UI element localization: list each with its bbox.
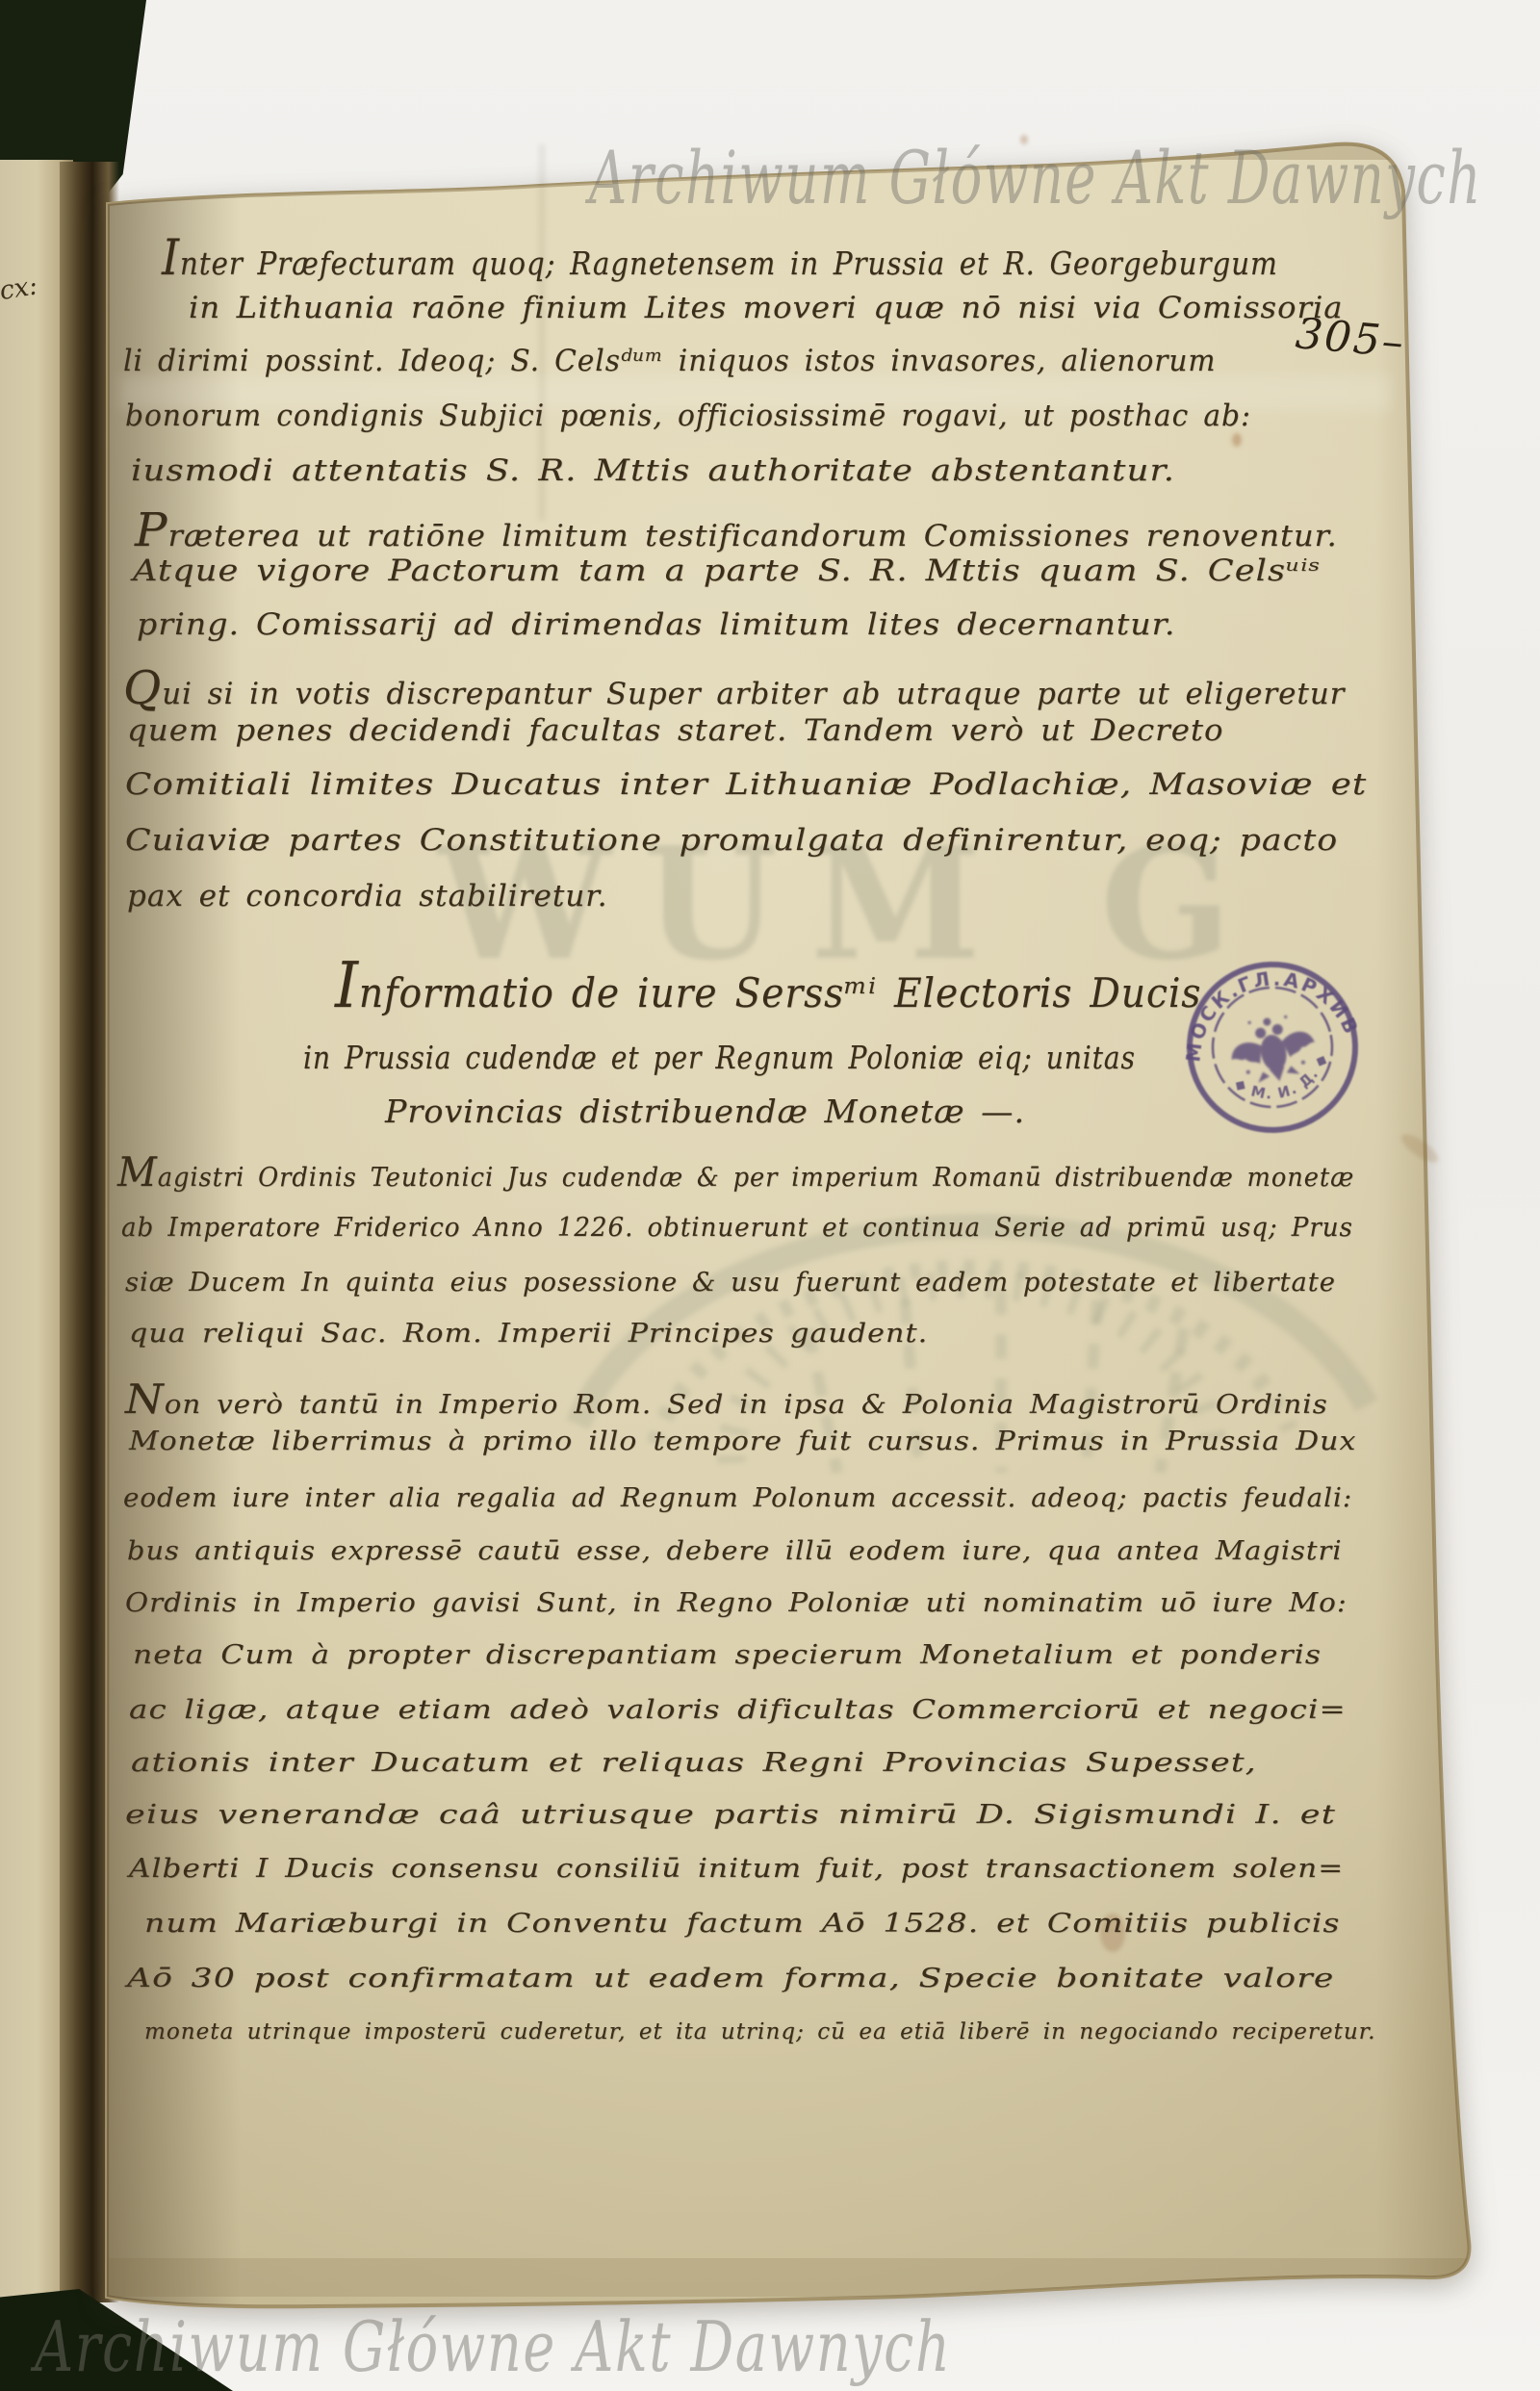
- manuscript-line: iusmodi attentatis S. R. Mttis authorita…: [131, 454, 1175, 489]
- manuscript-line: eius venerandæ caâ utriusque partis nimi…: [125, 1800, 1336, 1830]
- manuscript-line: pring. Comissarij ad dirimendas limitum …: [137, 608, 1176, 643]
- manuscript-line: Præterea ut ratiōne limitum testificando…: [135, 504, 1338, 557]
- manuscript-line: bus antiquis expressē cautū esse, debere…: [127, 1536, 1343, 1566]
- manuscript-line: Alberti I Ducis consensu consiliū initum…: [129, 1854, 1344, 1884]
- manuscript-line: Cuiaviæ partes Constitutione promulgata …: [125, 824, 1338, 859]
- manuscript-line: eodem iure inter alia regalia ad Regnum …: [123, 1483, 1352, 1513]
- manuscript-line: siæ Ducem In quinta eius posessione & us…: [125, 1268, 1336, 1298]
- manuscript-line: Inter Præfecturam quoq; Ragnetensem in P…: [162, 231, 1278, 288]
- manuscript-line: li dirimi possint. Ideoq; S. Celsᵈᵘᵐ ini…: [123, 345, 1216, 379]
- manuscript-line: Magistri Ordinis Teutonici Jus cudendæ &…: [117, 1149, 1354, 1195]
- manuscript-text: Inter Præfecturam quoq; Ragnetensem in P…: [0, 0, 1540, 2391]
- manuscript-line: Provincias distribuendæ Monetæ —.: [385, 1093, 1025, 1130]
- archive-stamp: МОСК.ГЛ.АРХИВЪ ◆ М. И. Д. ◆: [1163, 938, 1382, 1157]
- manuscript-line: Comitiali limites Ducatus inter Lithuani…: [125, 768, 1367, 803]
- manuscript-line: Atque vigore Pactorum tam a parte S. R. …: [133, 554, 1322, 589]
- manuscript-line: in Lithuania raōne finium Lites moveri q…: [189, 292, 1344, 326]
- manuscript-line: Monetæ liberrimus à primo illo tempore f…: [129, 1427, 1356, 1456]
- manuscript-line: quem penes decidendi facultas staret. Ta…: [127, 714, 1224, 749]
- manuscript-line: qua reliqui Sac. Rom. Imperii Principes …: [129, 1319, 928, 1349]
- manuscript-line: ac ligæ, atque etiam adeò valoris dificu…: [129, 1695, 1347, 1725]
- manuscript-line: num Mariæburgi in Conventu factum Aō 152…: [144, 1909, 1341, 1939]
- manuscript-line: bonorum condignis Subjici pœnis, officio…: [125, 399, 1251, 434]
- manuscript-line: in Prussia cudendæ et per Regnum Poloniæ…: [303, 1040, 1136, 1076]
- manuscript-line: ationis inter Ducatum et reliquas Regni …: [131, 1748, 1257, 1778]
- manuscript-line: pax et concordia stabiliretur.: [127, 880, 608, 914]
- manuscript-line: Non verò tantū in Imperio Rom. Sed in ip…: [125, 1376, 1328, 1423]
- manuscript-line: ab Imperatore Friderico Anno 1226. obtin…: [121, 1213, 1353, 1243]
- manuscript-line: Aō 30 post confirmatam ut eadem forma, S…: [127, 1964, 1335, 1993]
- manuscript-line: moneta utrinque imposterū cuderetur, et …: [144, 2019, 1376, 2044]
- manuscript-line: Ordinis in Imperio gavisi Sunt, in Regno…: [125, 1588, 1347, 1618]
- manuscript-line: neta Cum à propter discrepantiam specier…: [133, 1640, 1322, 1670]
- manuscript-line: Qui si in votis discrepantur Super arbit…: [123, 662, 1345, 715]
- manuscript-line: Informatio de iure Serssᵐⁱ Electoris Duc…: [335, 951, 1201, 1023]
- scan-canvas: WUM G Archiwum Główne Akt Dawnych Archiw…: [0, 0, 1540, 2391]
